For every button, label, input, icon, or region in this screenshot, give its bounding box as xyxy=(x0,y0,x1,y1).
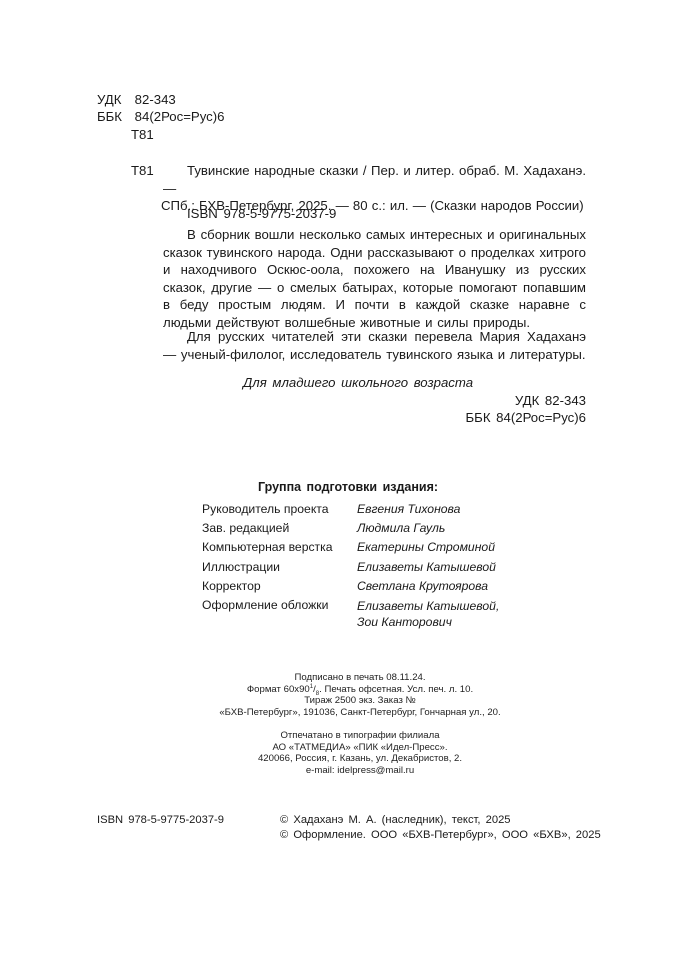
team-role: Компьютерная верстка xyxy=(202,538,357,557)
team-person: Людмила Гауль xyxy=(357,519,445,538)
team-person-line-1: Елизаветы Катышевой, xyxy=(357,599,499,613)
team-role: Корректор xyxy=(202,577,357,596)
printer-block: Отпечатано в типографии филиала АО «ТАТМ… xyxy=(180,730,540,776)
team-role: Зав. редакцией xyxy=(202,519,357,538)
bbk-right: ББК 84(2Рос=Рус)6 xyxy=(466,410,586,426)
record-line-1: Тувинские народные сказки / Пер. и литер… xyxy=(163,162,586,197)
footer-isbn: ISBN 978-5-9775-2037-9 xyxy=(97,813,224,828)
printer-address: 420066, Россия, г. Казань, ул. Декабрист… xyxy=(180,753,540,765)
team-person: Екатерины Строминой xyxy=(357,538,495,557)
printer-name: АО «ТАТМЕДИА» «ПИК «Идел-Пресс». xyxy=(180,742,540,754)
team-person: Светлана Крутоярова xyxy=(357,577,488,596)
team-person-line-2: Зои Канторович xyxy=(357,615,452,629)
format-line: Формат 60x901/8. Печать офсетная. Усл. п… xyxy=(180,684,540,696)
team-title: Группа подготовки издания: xyxy=(258,480,438,494)
printer-email: e-mail: idelpress@mail.ru xyxy=(180,765,540,777)
publisher-address: «БХВ-Петербург», 191036, Санкт-Петербург… xyxy=(180,707,540,719)
author-mark: Т81 xyxy=(97,127,224,143)
classification-codes: УДК 82-343 ББК 84(2Рос=Рус)6 Т81 xyxy=(97,92,224,143)
udk-code: УДК 82-343 xyxy=(97,92,224,108)
team-person: Евгения Тихонова xyxy=(357,500,460,519)
isbn-record: ISBN 978-5-9775-2037-9 xyxy=(187,206,336,222)
format-prefix: Формат 60x90 xyxy=(247,684,310,695)
udk-label: УДК xyxy=(97,92,131,108)
format-suffix: . Печать офсетная. Усл. печ. л. 10. xyxy=(319,684,473,695)
team-row: Компьютерная верстка Екатерины Строминой xyxy=(202,538,499,557)
copyright-block: © Хадаханэ М. А. (наследник), текст, 202… xyxy=(280,813,601,843)
imprint-block: Подписано в печать 08.11.24. Формат 60x9… xyxy=(180,672,540,718)
udk-value: 82-343 xyxy=(135,92,176,107)
team-row: Оформление обложки Елизаветы Катышевой, … xyxy=(202,596,499,630)
printed-at: Отпечатано в типографии филиала xyxy=(180,730,540,742)
classification-codes-right: УДК 82-343 ББК 84(2Рос=Рус)6 xyxy=(466,393,586,426)
team-person: Елизаветы Катышевой, Зои Канторович xyxy=(357,596,499,630)
annotation-text-2: Для русских читателей эти сказки перевел… xyxy=(163,328,586,363)
team-role: Руководитель проекта xyxy=(202,500,357,519)
annotation-paragraph-2: Для русских читателей эти сказки перевел… xyxy=(163,328,586,363)
team-role: Оформление обложки xyxy=(202,596,357,630)
bbk-code: ББК 84(2Рос=Рус)6 xyxy=(97,109,224,125)
team-person: Елизаветы Катышевой xyxy=(357,558,496,577)
annotation-text-1: В сборник вошли несколько самых интересн… xyxy=(163,226,586,331)
copyright-design: © Оформление. ООО «БХВ-Петербург», ООО «… xyxy=(280,828,601,843)
annotation-paragraph-1: В сборник вошли несколько самых интересн… xyxy=(163,226,586,331)
team-row: Корректор Светлана Крутоярова xyxy=(202,577,499,596)
team-role: Иллюстрации xyxy=(202,558,357,577)
team-row: Руководитель проекта Евгения Тихонова xyxy=(202,500,499,519)
bbk-label: ББК xyxy=(97,109,131,125)
team-row: Иллюстрации Елизаветы Катышевой xyxy=(202,558,499,577)
bbk-value: 84(2Рос=Рус)6 xyxy=(135,109,225,124)
record-author-mark: Т81 xyxy=(131,163,154,179)
age-note: Для младшего школьного возраста xyxy=(243,375,473,391)
udk-right: УДК 82-343 xyxy=(466,393,586,409)
format-fraction-num: 1 xyxy=(310,683,313,689)
team-list: Руководитель проекта Евгения Тихонова За… xyxy=(202,500,499,630)
signed-date: Подписано в печать 08.11.24. xyxy=(180,672,540,684)
circulation: Тираж 2500 экз. Заказ № xyxy=(180,695,540,707)
copyright-text: © Хадаханэ М. А. (наследник), текст, 202… xyxy=(280,813,601,828)
author-mark-text: Т81 xyxy=(131,127,154,142)
team-row: Зав. редакцией Людмила Гауль xyxy=(202,519,499,538)
